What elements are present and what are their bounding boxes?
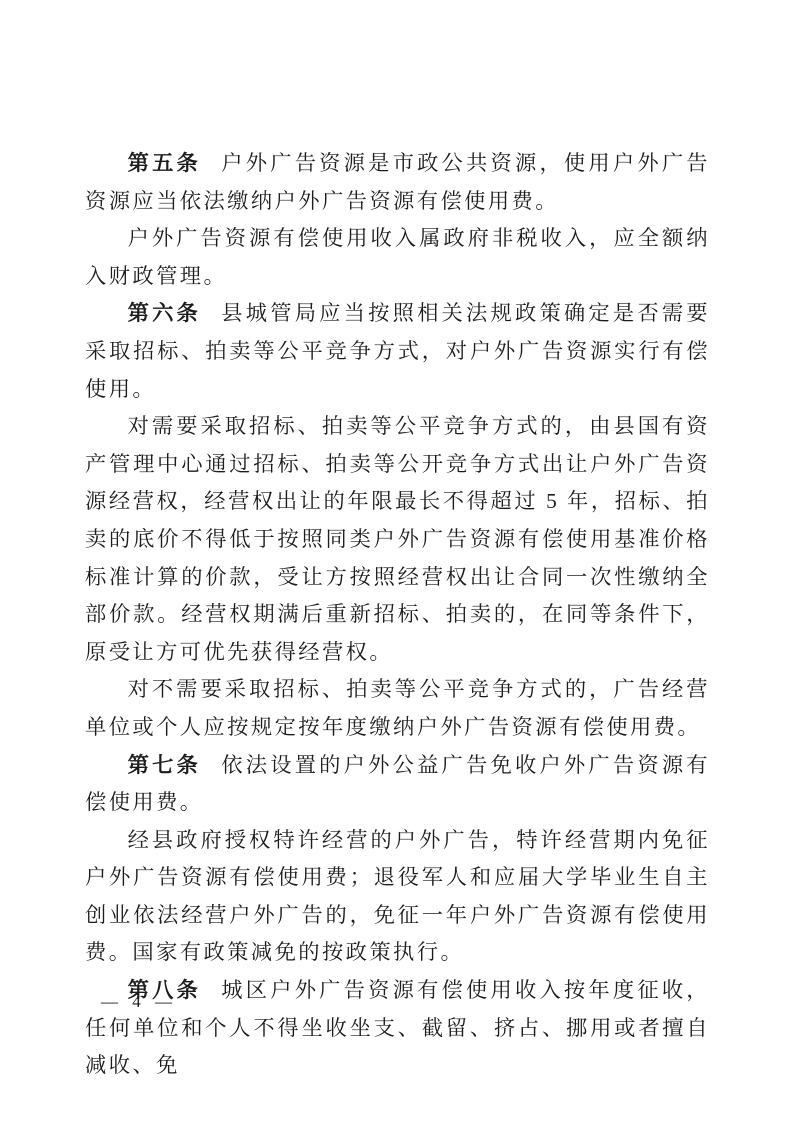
paragraph-article-8: 第八条城区户外广告资源有偿使用收入按年度征收，任何单位和个人不得坐收坐支、截留、… bbox=[85, 972, 710, 1085]
document-page: 第五条户外广告资源是市政公共资源，使用户外广告资源应当依法缴纳户外广告资源有偿使… bbox=[0, 0, 794, 1122]
article-7-heading: 第七条 bbox=[128, 753, 201, 777]
document-body: 第五条户外广告资源是市政公共资源，使用户外广告资源应当依法缴纳户外广告资源有偿使… bbox=[85, 145, 710, 1085]
paragraph-article-7-sub: 经县政府授权特许经营的户外广告，特许经营期内免征户外广告资源有偿使用费；退役军人… bbox=[85, 822, 710, 972]
article-6-sub2-text: 对不需要采取招标、拍卖等公平竞争方式的，广告经营单位或个人应按规定按年度缴纳户外… bbox=[85, 677, 710, 739]
paragraph-article-5-sub: 户外广告资源有偿使用收入属政府非税收入，应全额纳入财政管理。 bbox=[85, 220, 710, 295]
paragraph-article-6-sub1: 对需要采取招标、拍卖等公平竞争方式的，由县国有资产管理中心通过招标、拍卖等公开竞… bbox=[85, 408, 710, 671]
paragraph-article-6: 第六条县城管局应当按照相关法规政策确定是否需要采取招标、拍卖等公平竞争方式，对户… bbox=[85, 295, 710, 408]
paragraph-article-5: 第五条户外广告资源是市政公共资源，使用户外广告资源应当依法缴纳户外广告资源有偿使… bbox=[85, 145, 710, 220]
paragraph-article-7: 第七条依法设置的户外公益广告免收户外广告资源有偿使用费。 bbox=[85, 747, 710, 822]
paragraph-article-6-sub2: 对不需要采取招标、拍卖等公平竞争方式的，广告经营单位或个人应按规定按年度缴纳户外… bbox=[85, 671, 710, 746]
page-number: — 4 — bbox=[101, 992, 177, 1012]
article-5-sub-text: 户外广告资源有偿使用收入属政府非税收入，应全额纳入财政管理。 bbox=[85, 226, 710, 288]
article-6-sub1-text: 对需要采取招标、拍卖等公平竞争方式的，由县国有资产管理中心通过招标、拍卖等公开竞… bbox=[85, 414, 710, 664]
article-5-heading: 第五条 bbox=[128, 151, 201, 175]
article-7-sub-text: 经县政府授权特许经营的户外广告，特许经营期内免征户外广告资源有偿使用费；退役军人… bbox=[85, 828, 710, 965]
article-6-heading: 第六条 bbox=[128, 301, 201, 325]
